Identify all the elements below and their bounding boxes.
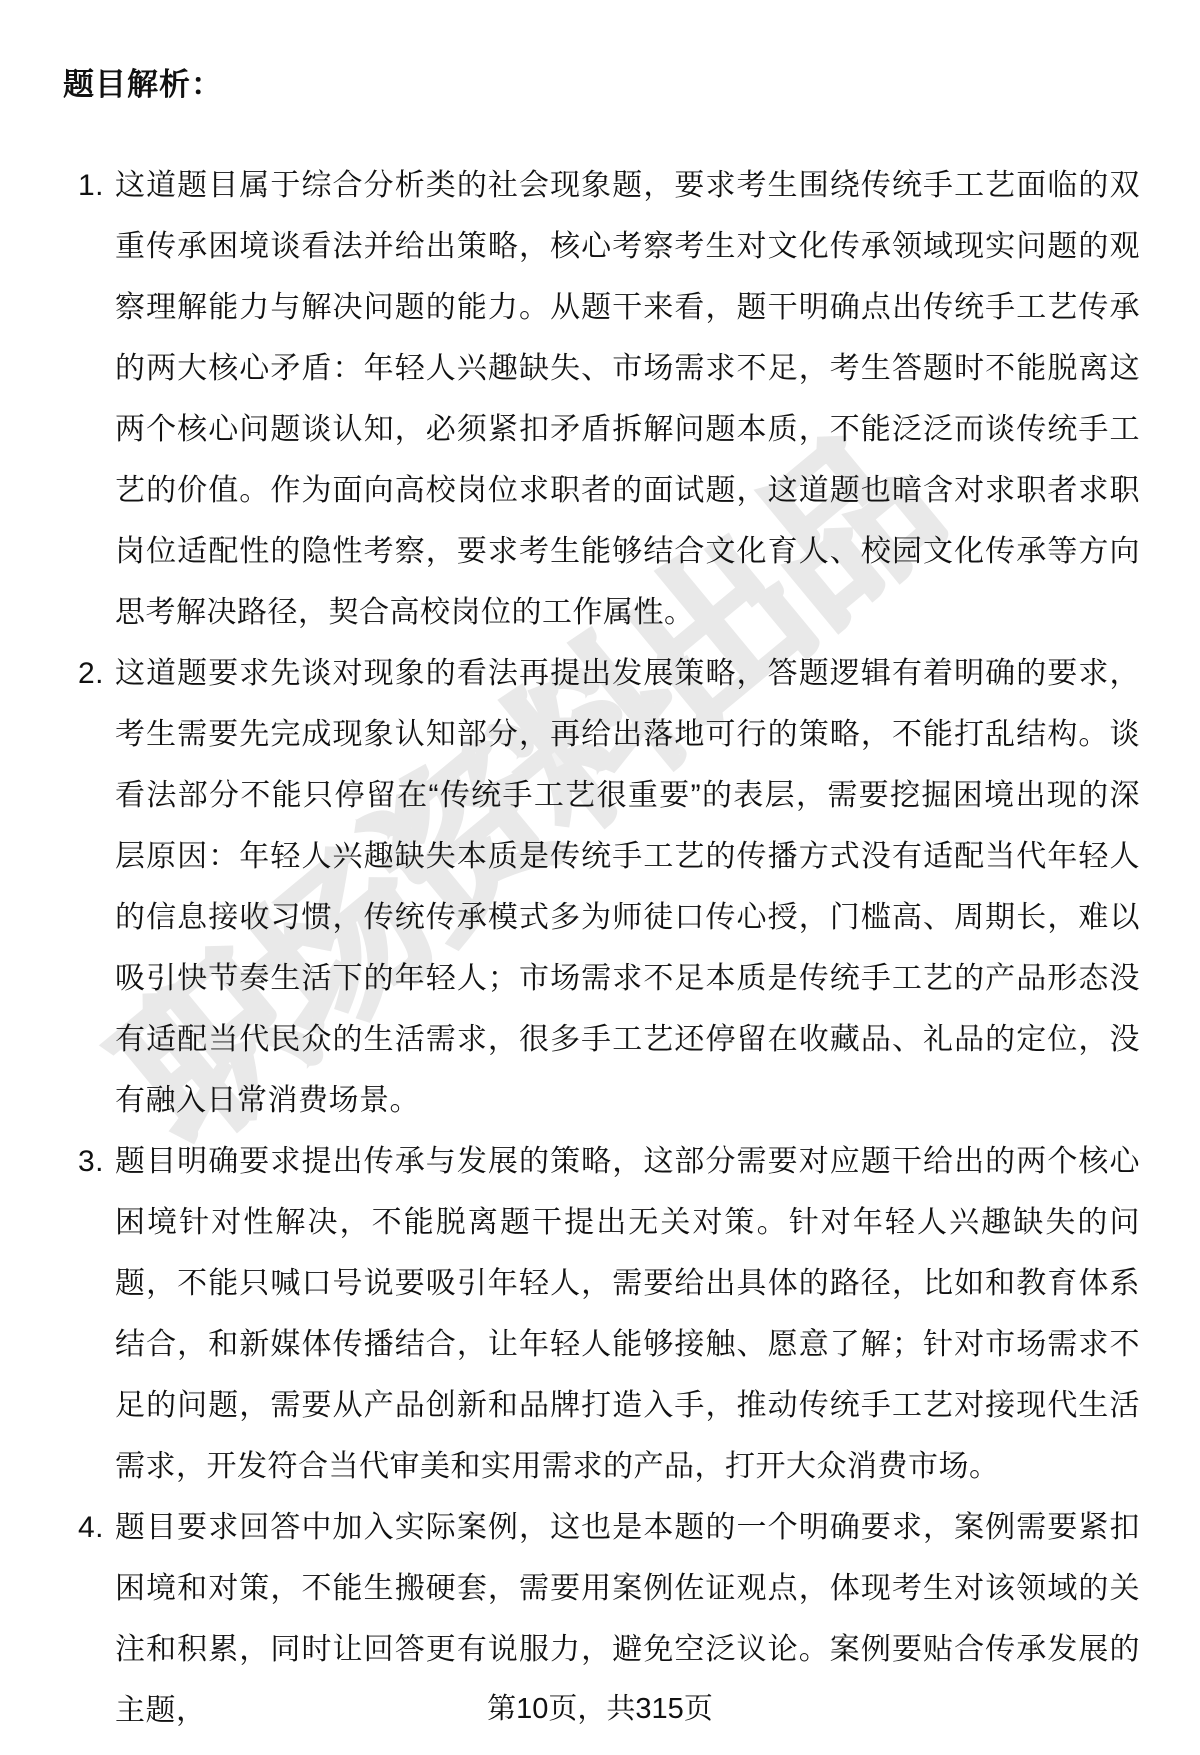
list-item-number: 1. [78, 155, 104, 216]
list-item: 1. 这道题目属于综合分析类的社会现象题，要求考生围绕传统手工艺面临的双重传承困… [78, 155, 1140, 643]
page-footer: 第10页，共315页 [0, 1679, 1200, 1740]
page-content: 题目解析： 1. 这道题目属于综合分析类的社会现象题，要求考生围绕传统手工艺面临… [0, 0, 1200, 1741]
document-page: 职场资料出品 题目解析： 1. 这道题目属于综合分析类的社会现象题，要求考生围绕… [0, 0, 1200, 1755]
list-item-text: 这道题目属于综合分析类的社会现象题，要求考生围绕传统手工艺面临的双重传承困境谈看… [115, 169, 1140, 629]
list-item-number: 4. [78, 1497, 104, 1558]
list-item: 3. 题目明确要求提出传承与发展的策略，这部分需要对应题干给出的两个核心困境针对… [78, 1131, 1140, 1497]
analysis-list: 1. 这道题目属于综合分析类的社会现象题，要求考生围绕传统手工艺面临的双重传承困… [78, 155, 1140, 1741]
list-item-number: 2. [78, 643, 104, 704]
list-item-text: 这道题要求先谈对现象的看法再提出发展策略，答题逻辑有着明确的要求，考生需要先完成… [115, 657, 1140, 1117]
list-item-text: 题目明确要求提出传承与发展的策略，这部分需要对应题干给出的两个核心困境针对性解决… [115, 1145, 1140, 1483]
page-title: 题目解析： [0, 0, 1200, 107]
list-item: 2. 这道题要求先谈对现象的看法再提出发展策略，答题逻辑有着明确的要求，考生需要… [78, 643, 1140, 1131]
list-item-number: 3. [78, 1131, 104, 1192]
